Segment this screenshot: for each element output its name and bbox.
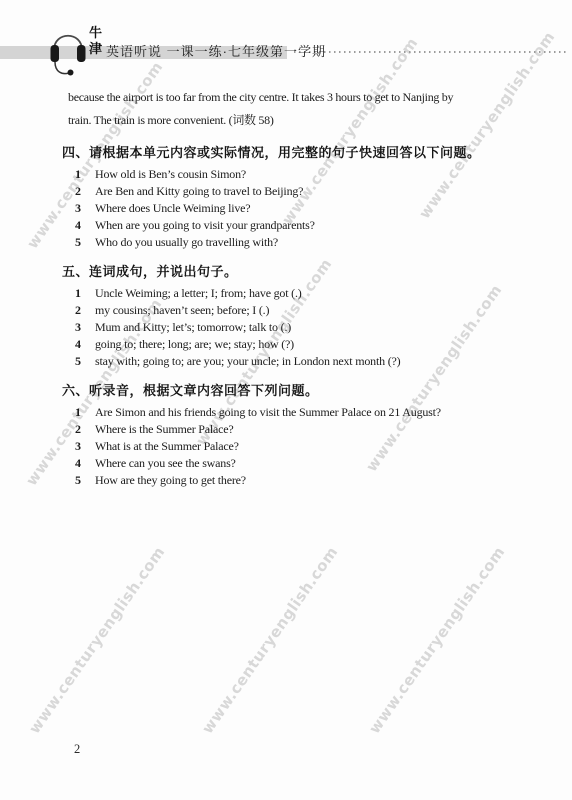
header-dotted-rule xyxy=(294,51,566,53)
book-title: 英语听说 一课一练·七年级第一学期 xyxy=(106,44,326,60)
page-header: 牛 津 英语听说 一课一练·七年级第一学期 xyxy=(0,0,572,800)
brand-character-bottom: 津 xyxy=(89,42,102,56)
headphones-icon xyxy=(48,20,88,78)
workbook-page: www.centuryenglish.com www.centuryenglis… xyxy=(0,0,572,800)
brand-character-top: 牛 xyxy=(89,26,102,40)
